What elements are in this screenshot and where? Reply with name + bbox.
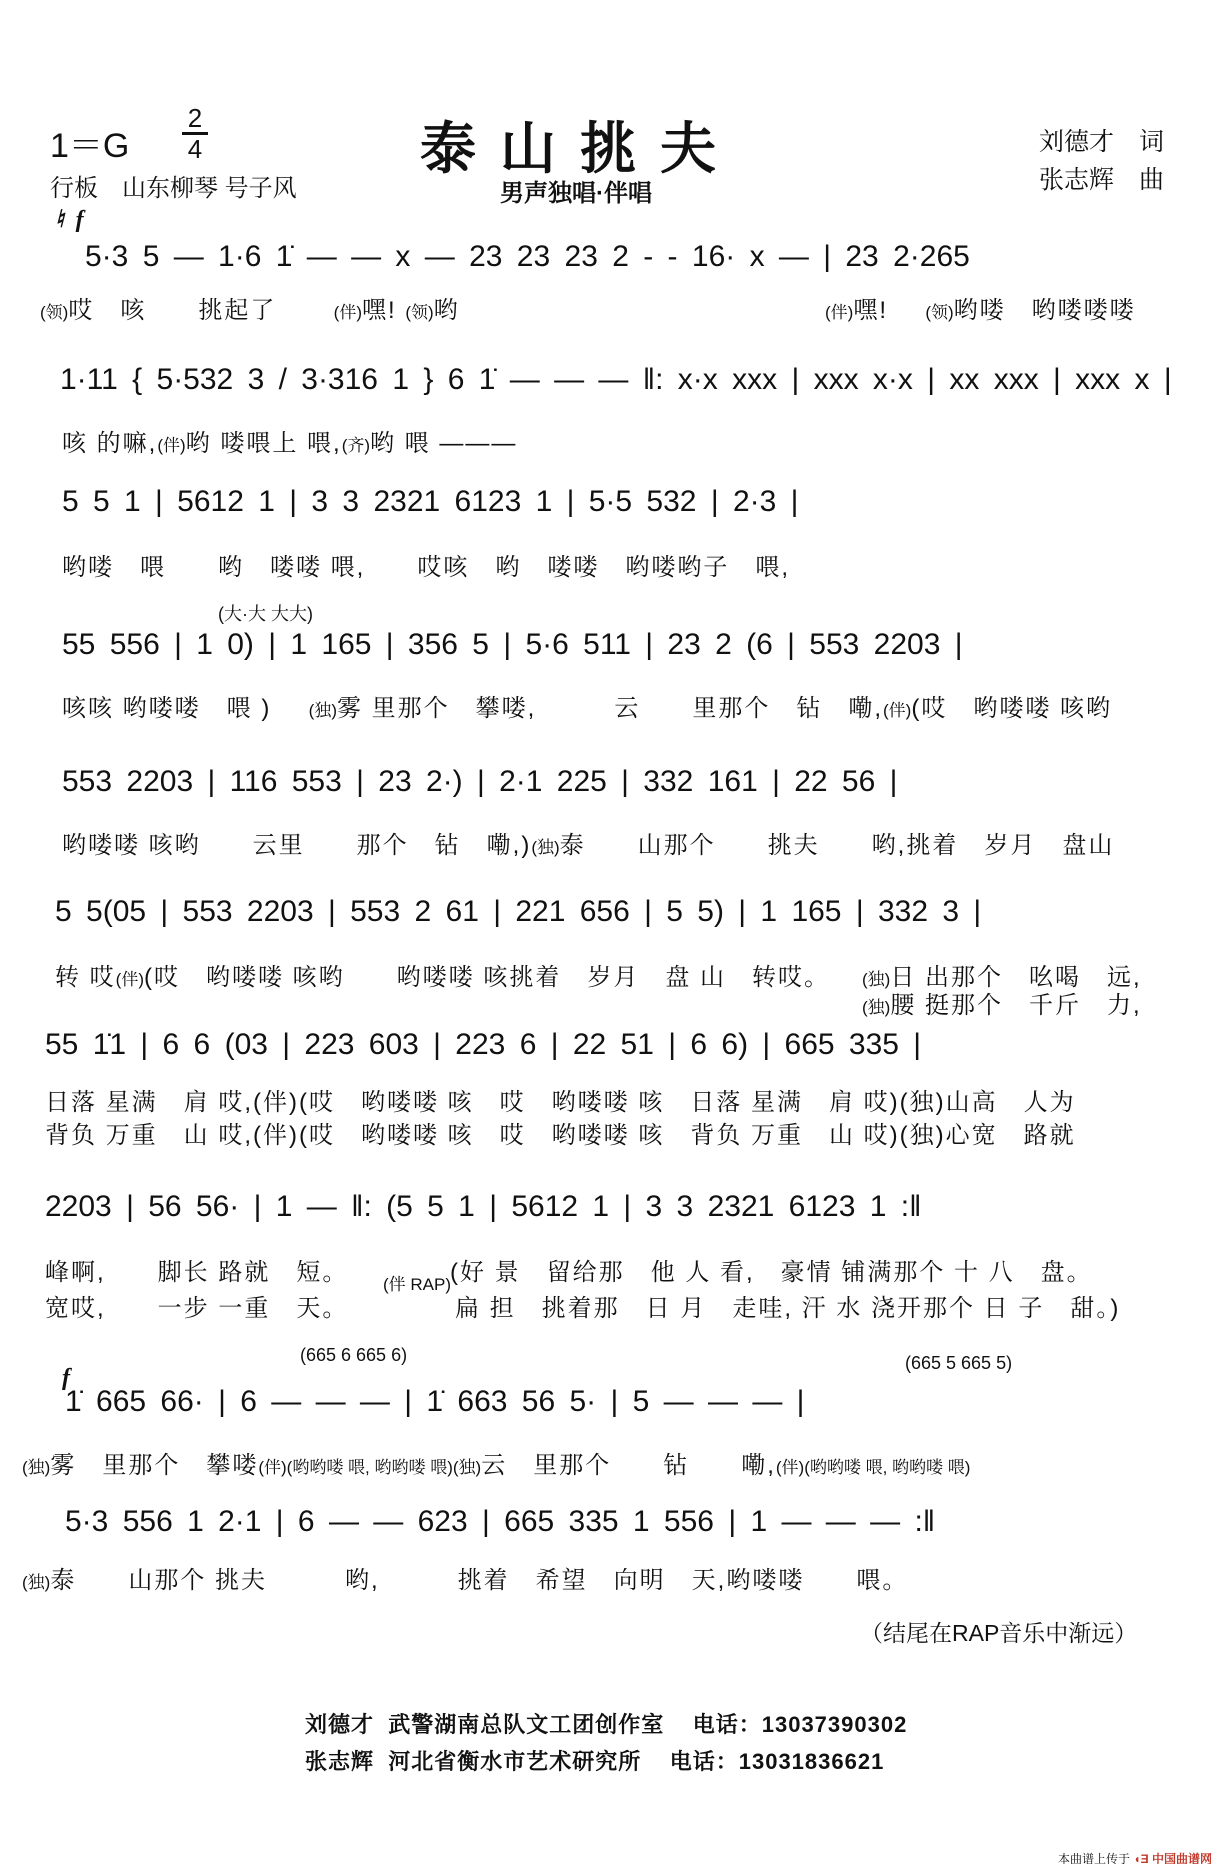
lyric-verse-2: 宽哎, 一步 一重 天。 (45, 1288, 348, 1323)
composer-credit: 张志辉 曲 (1039, 160, 1164, 196)
notation-line: 1·11 { 5·532 3 / 3·316 1 } 6 1̇ — — — ‖:… (60, 363, 1172, 397)
rap-verse-1: (好 景 留给那 他 人 看, 豪情 铺满那个 十 八 盘。 (450, 1252, 1093, 1287)
lyric-text: (哎 哟喽喽 咳哟 (911, 695, 1112, 722)
brand-logo-icon: ◖Ǝ (1133, 1852, 1148, 1864)
rap-verse-2: 扁 担 挑着那 日 月 走哇, 汗 水 浇开那个 日 子 甜。) (455, 1288, 1120, 1323)
phone-number: 13037390302 (762, 1712, 908, 1737)
notation-line: 5·3 5 — 1·6 1̇ — — x — 23 23 23 2 - - 16… (85, 240, 970, 274)
role-label: (齐) (342, 436, 370, 455)
phone-label: 电话： (693, 1712, 762, 1737)
notation-line: 5 5(05 | 553 2203 | 553 2 61 | 221 656 |… (55, 895, 981, 929)
lyric-text: 雾 里那个 攀喽 (50, 1452, 258, 1479)
lyric-text: 哟喽 喂 哟 喽喽 喂, 哎咳 哟 喽喽 哟喽哟子 喂, (62, 547, 790, 582)
time-signature: 2 4 (182, 106, 208, 161)
role-label: (独) (22, 1573, 50, 1592)
contact-name: 刘德才 (305, 1712, 374, 1737)
role-label: (领) (405, 303, 433, 322)
lyric-text: 腰 挺那个 千斤 力, (890, 992, 1141, 1019)
lyric-text: (哎 哟喽喽 咳哟 哟喽喽 咳挑着 岁月 盘 山 转哎。 (144, 964, 830, 991)
role-label: (独) (22, 1458, 50, 1477)
role-label: (领) (40, 303, 68, 322)
role-label: (伴) (825, 303, 853, 322)
contact-name: 张志辉 (305, 1749, 374, 1774)
notation-line: 55 556 | 1 0) | 1 165 | 356 5 | 5·6 511 … (62, 628, 963, 662)
lyricist-credit: 刘德才 词 (1039, 122, 1164, 158)
lyric-text: 哟喽喽 咳哟 云里 那个 钻 嘞,) (62, 832, 531, 859)
phone-label: 电话： (670, 1749, 739, 1774)
rap-label: (伴 RAP) (383, 1270, 451, 1295)
notation-line: 5·3 556 1 2·1 | 6 — — 623 | 665 335 1 55… (65, 1505, 935, 1539)
contact-org: 武警湖南总队文工团创作室 (388, 1712, 664, 1737)
role-label: (独) (862, 998, 890, 1017)
lyric-text: 哟 (434, 297, 460, 324)
notation-line: 553 2203 | 116 553 | 23 2·) | 2·1 225 | … (62, 765, 897, 799)
dynamic-mark: ♮ f (55, 205, 84, 234)
contact-1: 刘德才 武警湖南总队文工团创作室 电话：13037390302 (305, 1708, 907, 1739)
lyric-text: 雾 里那个 攀喽, 云 里那个 钻 嘞, (337, 695, 883, 722)
ending-note: （结尾在RAP音乐中渐远） (860, 1615, 1137, 1648)
lyric-text: 嘿! (362, 297, 397, 324)
tempo-style: 行板 山东柳琴 号子风 (50, 168, 297, 203)
lyric-text: 咳 的嘛, (62, 430, 157, 457)
lyric-text: 哎 咳 挑起了 (68, 297, 276, 324)
role-label: (领) (925, 303, 953, 322)
contact-org: 河北省衡水市艺术研究所 (388, 1749, 641, 1774)
lyric-verse-1: 日落 星满 肩 哎,(伴)(哎 哟喽喽 咳 哎 哟喽喽 咳 日落 星满 肩 哎)… (45, 1082, 1076, 1117)
time-top: 2 (188, 103, 202, 133)
role-label: (伴) (334, 303, 362, 322)
role-label: (独) (309, 701, 337, 720)
role-label: (伴) (116, 970, 144, 989)
key-signature: 1＝G (50, 118, 129, 167)
percussion-annotation: (大·大 大大) (218, 600, 313, 626)
accompaniment-1: (665 6 665 6) (300, 1345, 407, 1366)
role-label: (伴) (258, 1458, 286, 1477)
time-bottom: 4 (188, 134, 202, 164)
lyric-text: 哟 喂 ——— (370, 430, 517, 457)
source-prefix: 本曲谱上传于 (1058, 1852, 1130, 1864)
role-label: (伴) (776, 1458, 804, 1477)
notation-line: 55 1̇1 | 6 6 (03 | 223 603 | 223 6 | 22 … (45, 1028, 921, 1062)
lyric-text: 咳咳 哟喽喽 喂 ) (62, 695, 271, 722)
lyric-text: 转 哎 (55, 964, 116, 991)
lyric-verse-1: 峰啊, 脚长 路就 短。 (45, 1252, 348, 1287)
notation-line: 2203 | 56 56· | 1 — ‖: (5 5 1 | 5612 1 |… (45, 1190, 921, 1224)
notation-line: 1̇ 665 66· | 6 — — — | 1̇ 663 56 5· | 5 … (65, 1385, 804, 1419)
lyric-text: 云 里那个 钻 嘞, (481, 1452, 776, 1479)
lyric-text: 泰 山那个 挑夫 哟, 挑着 希望 向明 天,哟喽喽 喂。 (50, 1567, 908, 1594)
source-watermark: 本曲谱上传于 ◖Ǝ 中国曲谱网 (1058, 1850, 1212, 1864)
lyric-text: (哟哟喽 喂, 哟哟喽 喂) (804, 1458, 970, 1477)
role-label: (伴) (157, 436, 185, 455)
accompaniment-2: (665 5 665 5) (905, 1353, 1012, 1374)
lyric-verse-2: 背负 万重 山 哎,(伴)(哎 哟喽喽 咳 哎 哟喽喽 咳 背负 万重 山 哎)… (45, 1115, 1076, 1150)
source-brand[interactable]: 中国曲谱网 (1152, 1852, 1212, 1864)
lyric-text: 嘿! (853, 297, 888, 324)
role-label: (伴) (883, 701, 911, 720)
role-label: (独) (531, 838, 559, 857)
role-label: (独) (453, 1458, 481, 1477)
lyric-text: 泰 山那个 挑夫 哟,挑着 岁月 盘山 (560, 832, 1115, 859)
subtitle: 男声独唱·伴唱 (500, 173, 652, 208)
notation-line: 5 5 1 | 5612 1 | 3 3 2321 6123 1 | 5·5 5… (62, 485, 798, 519)
contact-2: 张志辉 河北省衡水市艺术研究所 电话：13031836621 (305, 1745, 884, 1776)
lyric-text: 哟喽 哟喽喽喽 (954, 297, 1136, 324)
lyric-text: (哟哟喽 喂, 哟哟喽 喂) (287, 1458, 453, 1477)
phone-number: 13031836621 (739, 1749, 885, 1774)
lyric-text: 哟 喽喂上 喂, (186, 430, 342, 457)
